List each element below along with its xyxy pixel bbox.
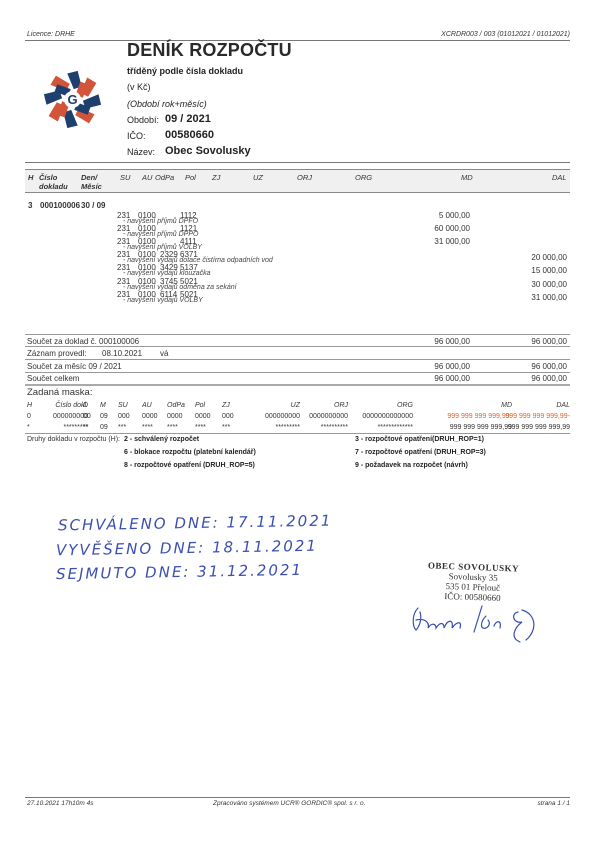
doc-number: 000100006	[40, 201, 80, 210]
col-md: MD	[461, 173, 473, 182]
mask-header-cell: SU	[118, 402, 144, 409]
handwritten-approved: SCHVÁLENO DNE: 17.11.2021	[58, 512, 333, 535]
mask-cell: *	[27, 424, 30, 431]
name-value: Obec Sovolusky	[165, 145, 251, 157]
doc-type-item: 7 - rozpočtové opatření (DRUH_ROP=3)	[355, 449, 486, 456]
line-description: - navýšení výdajů VOLBY	[123, 297, 203, 304]
mask-cell: 999 999 999 999,99-	[488, 413, 570, 420]
col-zj: ZJ	[212, 173, 220, 182]
report-code: XCRDR003 / 003 (01012021 / 01012021)	[441, 31, 570, 38]
col-h: H	[28, 173, 33, 182]
page-title: DENÍK ROZPOČTU	[127, 40, 292, 61]
signature-icon	[410, 600, 545, 655]
mask-cell: **********	[292, 424, 348, 431]
month-sum-label: Součet za měsíc 09 / 2021	[27, 362, 122, 371]
header-bottom-divider	[25, 162, 570, 163]
gordic-logo-icon: G	[40, 67, 105, 132]
doc-h: 3	[28, 201, 32, 210]
col-au: AU	[142, 173, 152, 182]
mask-cell: 0000000000	[292, 413, 348, 420]
period-type: (Období rok+měsíc)	[127, 99, 207, 109]
name-label: Název:	[127, 147, 155, 157]
mask-cell: 0	[27, 413, 31, 420]
line-md: 31 000,00	[390, 237, 470, 246]
total-sum-dal: 96 000,00	[487, 374, 567, 383]
doc-type-item: 9 - požadavek na rozpočet (návrh)	[355, 462, 468, 469]
mask-header-cell: DAL	[488, 402, 570, 409]
col-org: ORG	[355, 173, 372, 182]
line-dal: 30 000,00	[487, 280, 567, 289]
sum-divider	[25, 384, 570, 386]
col-odpa: OdPa	[155, 173, 174, 182]
col-month: Měsíc	[81, 182, 102, 191]
mask-cell: *************	[345, 424, 413, 431]
col-doc-no-2: dokladu	[39, 182, 68, 191]
mask-cell: 999 999 999 999,99	[488, 424, 570, 431]
mask-header-cell: H	[27, 402, 32, 409]
sum-divider	[25, 359, 570, 360]
report-subtitle: tříděný podle čísla dokladu	[127, 66, 243, 76]
line-md: 60 000,00	[390, 224, 470, 233]
sum-divider	[25, 346, 570, 347]
col-pol: Pol	[185, 173, 196, 182]
mask-divider	[25, 433, 570, 434]
mask-cell: *********	[40, 424, 88, 431]
record-date: 08.10.2021	[102, 349, 142, 358]
mask-title: Zadaná maska:	[27, 387, 92, 398]
month-sum-dal: 96 000,00	[487, 362, 567, 371]
line-md: 5 000,00	[390, 211, 470, 220]
line-dal: 31 000,00	[487, 293, 567, 302]
handwritten-posted: VYVĚŠENO DNE: 18.11.2021	[56, 537, 318, 560]
doc-sum-label: Součet za doklad č. 000100006	[27, 337, 139, 346]
col-su: SU	[120, 173, 130, 182]
doc-types-label: Druhy dokladu v rozpočtu (H):	[27, 436, 120, 443]
doc-type-item: 8 - rozpočtové opatření (DRUH_ROP=5)	[124, 462, 255, 469]
column-header-band: H Číslo dokladu Den/ Měsíc SU AU OdPa Po…	[25, 169, 570, 193]
doc-sum-md: 96 000,00	[390, 337, 470, 346]
mask-cell: 0000000000000	[345, 413, 413, 420]
total-sum-label: Součet celkem	[27, 374, 79, 383]
currency-note: (v Kč)	[127, 82, 151, 92]
svg-text:G: G	[67, 92, 77, 107]
footer-page: strana 1 / 1	[537, 800, 570, 807]
sum-divider	[25, 334, 570, 335]
handwritten-removed: SEJMUTO DNE: 31.12.2021	[56, 561, 303, 583]
header-divider	[25, 40, 570, 41]
sum-divider	[25, 372, 570, 373]
footer-timestamp: 27.10.2021 17h10m 4s	[27, 800, 94, 807]
doc-type-item: 2 - schválený rozpočet	[124, 436, 199, 443]
col-uz: UZ	[253, 173, 263, 182]
mask-header-cell: ORJ	[292, 402, 348, 409]
period-value: 09 / 2021	[165, 113, 211, 125]
mask-header-cell: ORG	[345, 402, 413, 409]
line-dal: 20 000,00	[487, 253, 567, 262]
official-stamp: OBEC SOVOLUSKY Sovolusky 35 535 01 Přelo…	[417, 560, 528, 604]
ico-value: 00580660	[165, 129, 214, 141]
record-label: Záznam provedl:	[27, 349, 87, 358]
ico-label: IČO:	[127, 131, 146, 141]
record-user: vá	[160, 349, 168, 358]
mask-cell: 000	[222, 413, 248, 420]
mask-cell: 000000000	[40, 413, 88, 420]
doc-type-item: 6 - blokace rozpočtu (platební kalendář)	[124, 449, 256, 456]
doc-type-item: 3 - rozpočtové opatření(DRUH_ROP=1)	[355, 436, 484, 443]
col-doc-no: Číslo	[39, 173, 57, 182]
total-sum-md: 96 000,00	[390, 374, 470, 383]
footer-system: Zpracováno systémem UCR® GORDIC® spol. s…	[213, 800, 365, 807]
mask-cell: 000	[118, 413, 144, 420]
mask-cell: ***	[118, 424, 144, 431]
period-label: Období:	[127, 115, 159, 125]
mask-header-cell: ZJ	[222, 402, 248, 409]
col-dal: DAL	[552, 173, 567, 182]
licence-label: Licence: DRHE	[27, 31, 75, 38]
footer-divider	[25, 797, 570, 798]
mask-header-cell: Číslo dokl.	[40, 402, 88, 409]
doc-sum-dal: 96 000,00	[487, 337, 567, 346]
month-sum-md: 96 000,00	[390, 362, 470, 371]
col-day: Den/	[81, 173, 97, 182]
mask-cell: ***	[222, 424, 248, 431]
col-orj: ORJ	[297, 173, 312, 182]
doc-date: 30 / 09	[81, 201, 105, 210]
line-dal: 15 000,00	[487, 266, 567, 275]
